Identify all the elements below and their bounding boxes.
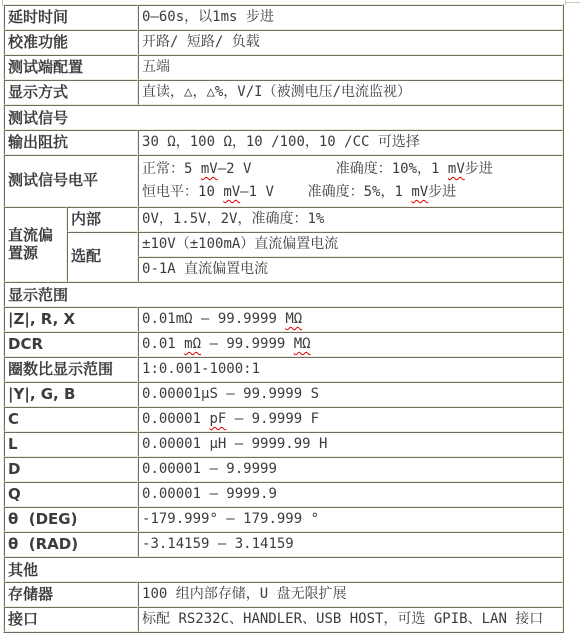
table-row: |Y|, G, B0.00001μS — 99.9999 S: [4, 382, 563, 407]
row-value: 五端: [138, 55, 563, 80]
table-row: 延时时间0—60s，以1ms 步进: [4, 5, 563, 30]
row-label: DCR: [4, 332, 138, 357]
row-label: |Y|, G, B: [4, 382, 138, 407]
row-label: 显示方式: [4, 80, 138, 105]
table-row: 接口标配 RS232C、HANDLER、USB HOST，可选 GPIB、LAN…: [4, 607, 563, 632]
row-value: 0.00001 μH — 9999.99 H: [138, 432, 563, 457]
table-row: θ (DEG)-179.999° — 179.999 °: [4, 507, 563, 532]
value-text: 五端: [142, 59, 170, 75]
row-label: |Z|, R, X: [4, 307, 138, 332]
row-label: 测试信号电平: [4, 155, 138, 207]
section-row: 测试信号: [4, 105, 563, 130]
sub-row-label: 内部: [67, 207, 138, 232]
row-value: 0.00001 pF — 9.9999 F: [138, 407, 563, 432]
misspelled-term: mΩ: [184, 336, 201, 352]
table-row: 校准功能开路/ 短路/ 负载: [4, 30, 563, 55]
table-row: 显示方式直读，△，△%，V/I（被测电压/电流监视）: [4, 80, 563, 105]
misspelled-term: pF: [209, 411, 226, 427]
misspelled-term: mV: [201, 161, 218, 177]
row-label: 存储器: [4, 582, 138, 607]
table-row: 测试端配置五端: [4, 55, 563, 80]
row-value: 直读，△，△%，V/I（被测电压/电流监视）: [138, 80, 563, 105]
row-value: 0.01mΩ — 99.9999 MΩ: [138, 307, 563, 332]
value-text: 0.00001: [142, 411, 209, 427]
value-text: 0—60s，以1ms 步进: [142, 9, 274, 25]
row-value: -3.14159 — 3.14159: [138, 532, 563, 557]
value-text: 0.00001 — 9999.9: [142, 486, 277, 502]
table-row: θ (RAD)-3.14159 — 3.14159: [4, 532, 563, 557]
table-row: 测试信号电平正常：5 mV—2 V 准确度：10%，1 mV步进恒电平：10 m…: [4, 155, 563, 207]
row-value: 100 组内部存储，U 盘无限扩展: [138, 582, 563, 607]
value-text: 0.01: [142, 336, 184, 352]
spec-table: 延时时间0—60s，以1ms 步进校准功能开路/ 短路/ 负载测试端配置五端显示…: [3, 4, 564, 633]
section-row: 显示范围: [4, 282, 563, 307]
table-row: D0.00001 — 9.9999: [4, 457, 563, 482]
misspelled-term: mV: [411, 184, 428, 200]
sub-row-label: 选配: [67, 232, 138, 282]
row-label: 测试端配置: [4, 55, 138, 80]
value-text: 0.00001 μH — 9999.99 H: [142, 436, 327, 452]
value-text: 0.00001μS — 99.9999 S: [142, 386, 319, 402]
table-row: DCR0.01 mΩ — 99.9999 MΩ: [4, 332, 563, 357]
row-label: 校准功能: [4, 30, 138, 55]
value-text: 0V，1.5V，2V，准确度：1%: [142, 211, 324, 227]
row-label: 延时时间: [4, 5, 138, 30]
misspelled-term: mV: [223, 184, 240, 200]
table-row: 选配±10V（±100mA）直流偏置电流: [4, 232, 563, 257]
value-text: 0.01mΩ — 99.9999: [142, 311, 285, 327]
row-value: 0.00001 — 9.9999: [138, 457, 563, 482]
row-label: θ (RAD): [4, 532, 138, 557]
table-row: 存储器100 组内部存储，U 盘无限扩展: [4, 582, 563, 607]
value-line: 恒电平：10 mV—1 V 准确度：5%，1 mV步进: [142, 181, 559, 204]
section-header: 显示范围: [4, 282, 563, 307]
value-text: — 99.9999: [201, 336, 294, 352]
row-value: 0V，1.5V，2V，准确度：1%: [138, 207, 563, 232]
row-value: 开路/ 短路/ 负载: [138, 30, 563, 55]
misspelled-term: MΩ: [285, 311, 302, 327]
row-label: D: [4, 457, 138, 482]
row-value: 0.00001μS — 99.9999 S: [138, 382, 563, 407]
row-label: 直流偏置源: [4, 207, 67, 282]
table-row: C0.00001 pF — 9.9999 F: [4, 407, 563, 432]
table-row: 输出阻抗30 Ω，100 Ω，10 /100，10 /CC 可选择: [4, 130, 563, 155]
value-text: 标配 RS232C、HANDLER、USB HOST，可选 GPIB、LAN 接…: [142, 611, 543, 627]
table-row: 直流偏置源内部0V，1.5V，2V，准确度：1%: [4, 207, 563, 232]
row-label: L: [4, 432, 138, 457]
value-text: 正常：5: [142, 161, 201, 177]
value-text: 0-1A 直流偏置电流: [142, 261, 268, 277]
row-label: Q: [4, 482, 138, 507]
value-text: ±10V（±100mA）直流偏置电流: [142, 236, 338, 252]
spec-table-body: 延时时间0—60s，以1ms 步进校准功能开路/ 短路/ 负载测试端配置五端显示…: [4, 5, 563, 632]
row-value: -179.999° — 179.999 °: [138, 507, 563, 532]
row-value: 0.01 mΩ — 99.9999 MΩ: [138, 332, 563, 357]
row-value: 0.00001 — 9999.9: [138, 482, 563, 507]
value-text: -179.999° — 179.999 °: [142, 511, 319, 527]
row-value: 0-1A 直流偏置电流: [138, 257, 563, 282]
section-header: 其他: [4, 557, 563, 582]
row-label: θ (DEG): [4, 507, 138, 532]
row-value: ±10V（±100mA）直流偏置电流: [138, 232, 563, 257]
value-text: 100 组内部存储，U 盘无限扩展: [142, 586, 347, 602]
value-text: 直读，△，△%，V/I（被测电压/电流监视）: [142, 84, 411, 100]
value-text: 开路/ 短路/ 负载: [142, 34, 260, 50]
row-value: 正常：5 mV—2 V 准确度：10%，1 mV步进恒电平：10 mV—1 V …: [138, 155, 563, 207]
value-text: —1 V 准确度：5%，1: [240, 184, 411, 200]
value-text: 1:0.001-1000:1: [142, 361, 260, 377]
table-row: 圈数比显示范围1:0.001-1000:1: [4, 357, 563, 382]
value-text: 步进: [428, 184, 456, 200]
value-text: 恒电平：10: [142, 184, 223, 200]
row-value: 1:0.001-1000:1: [138, 357, 563, 382]
value-text: — 9.9999 F: [226, 411, 319, 427]
row-label: 圈数比显示范围: [4, 357, 138, 382]
value-text: —2 V 准确度：10%，1: [218, 161, 448, 177]
value-text: 0.00001 — 9.9999: [142, 461, 277, 477]
value-text: -3.14159 — 3.14159: [142, 536, 294, 552]
row-value: 0—60s，以1ms 步进: [138, 5, 563, 30]
misspelled-term: mV: [448, 161, 465, 177]
table-row: Q0.00001 — 9999.9: [4, 482, 563, 507]
section-header: 测试信号: [4, 105, 563, 130]
value-text: 步进: [465, 161, 493, 177]
outer-border-fragment-right-horizontal: [566, 2, 580, 3]
row-value: 30 Ω，100 Ω，10 /100，10 /CC 可选择: [138, 130, 563, 155]
row-label: 输出阻抗: [4, 130, 138, 155]
misspelled-term: MΩ: [294, 336, 311, 352]
value-line: 正常：5 mV—2 V 准确度：10%，1 mV步进: [142, 158, 559, 181]
row-value: 标配 RS232C、HANDLER、USB HOST，可选 GPIB、LAN 接…: [138, 607, 563, 632]
value-text: 30 Ω，100 Ω，10 /100，10 /CC 可选择: [142, 134, 420, 150]
section-row: 其他: [4, 557, 563, 582]
table-row: L0.00001 μH — 9999.99 H: [4, 432, 563, 457]
row-label: C: [4, 407, 138, 432]
row-label: 接口: [4, 607, 138, 632]
table-row: |Z|, R, X0.01mΩ — 99.9999 MΩ: [4, 307, 563, 332]
